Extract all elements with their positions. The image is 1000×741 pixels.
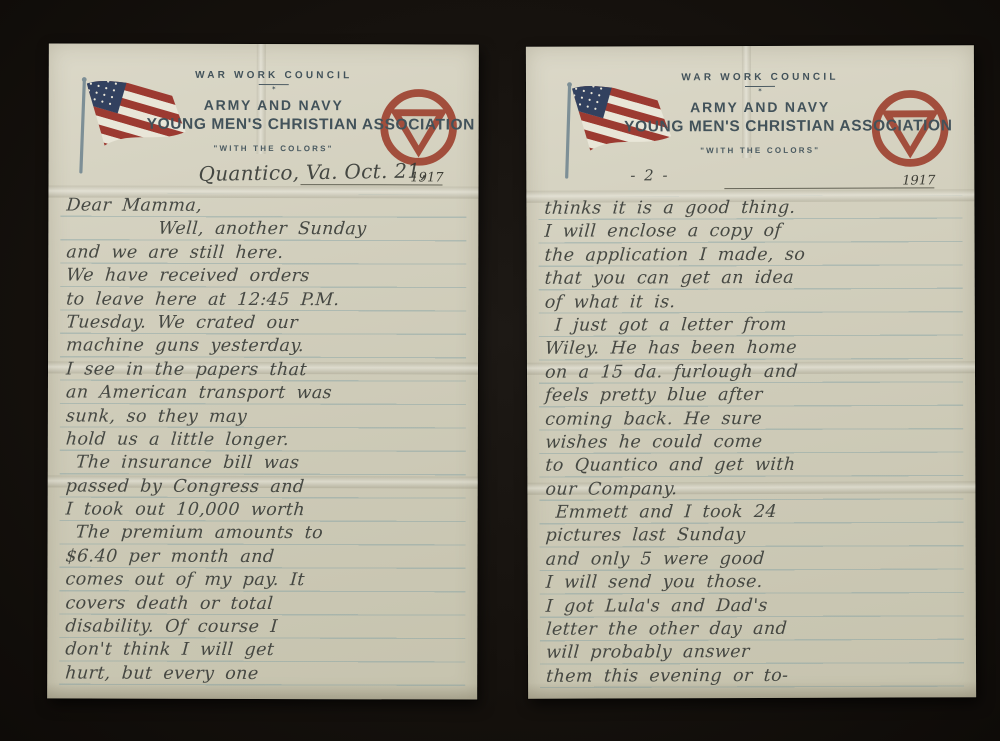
handwriting-line: the application I made, so <box>538 243 963 268</box>
handwriting-line: Well, another Sunday <box>60 218 467 242</box>
handwriting-line: The premium amounts to <box>59 522 466 546</box>
handwriting-line: to Quantico and get with <box>539 454 965 479</box>
handwriting-line: covers death or total <box>59 592 466 616</box>
handwriting-line: feels pretty blue after <box>538 383 963 408</box>
handwriting-line: don't think I will get <box>59 639 466 663</box>
handwriting-line: sunk, so they may <box>59 405 466 429</box>
letter-page-1: WAR WORK COUNCIL ✶ ARMY AND NAVY YOUNG M… <box>47 43 479 699</box>
handwriting-line: wishes he could come <box>538 430 964 455</box>
handwriting-line: $6.40 per month and <box>59 545 466 569</box>
handwriting-line: hold us a little longer. <box>59 428 466 452</box>
handwriting-line: our Company. <box>539 477 964 502</box>
handwriting-line: Emmett and I took 24 <box>539 500 964 525</box>
handwriting-line: I will enclose a copy of <box>538 220 963 245</box>
printed-year: 1917 <box>410 170 443 185</box>
letterhead-war-work-council: WAR WORK COUNCIL <box>147 70 401 82</box>
letterhead: WAR WORK COUNCIL ✶ ARMY AND NAVY YOUNG M… <box>147 70 401 154</box>
letterhead-war-work-council: WAR WORK COUNCIL <box>624 71 896 83</box>
handwriting-line: pictures last Sunday <box>539 524 964 549</box>
handwriting-line: passed by Congress and <box>59 475 466 499</box>
handwriting-line: on a 15 da. furlough and <box>538 360 963 385</box>
handwriting-line: hurt, but every one <box>59 662 466 686</box>
handwriting-line: I will send you those. <box>539 571 964 596</box>
handwriting-line: an American transport was <box>59 382 466 406</box>
handwriting-line: and we are still here. <box>59 241 466 265</box>
handwriting-line: to leave here at 12:45 P.M. <box>59 288 466 312</box>
handwriting-line: comes out of my pay. It <box>59 569 466 593</box>
letterhead-star: ✶ <box>147 85 401 94</box>
letterhead-ymca: YOUNG MEN'S CHRISTIAN ASSOCIATION <box>624 117 896 136</box>
handwriting-line: We have received orders <box>59 265 466 289</box>
handwriting-line: of what it is. <box>538 290 963 315</box>
handwriting-line: machine guns yesterday. <box>59 335 466 359</box>
handwriting-line: will probably answer <box>539 641 964 666</box>
letterhead-motto: "WITH THE COLORS" <box>624 145 896 155</box>
letterhead: WAR WORK COUNCIL ✶ ARMY AND NAVY YOUNG M… <box>624 71 896 155</box>
handwriting-line: I got Lula's and Dad's <box>539 594 964 619</box>
printed-year: 1917 <box>902 173 935 188</box>
handwriting-line: I see in the papers that <box>59 358 466 382</box>
handwriting-line: Tuesday. We crated our <box>59 311 466 335</box>
handwriting-line: I just got a letter from <box>538 313 963 338</box>
handwriting-line: Wiley. He has been home <box>538 337 963 362</box>
letterhead-star: ✶ <box>624 86 896 95</box>
letter-page-2: WAR WORK COUNCIL ✶ ARMY AND NAVY YOUNG M… <box>526 45 976 699</box>
handwriting-line: disability. Of course I <box>59 616 466 640</box>
handwriting-line: them this evening or to- <box>539 664 964 689</box>
handwriting-line: letter the other day and <box>539 617 964 642</box>
letterhead-ymca: YOUNG MEN'S CHRISTIAN ASSOCIATION <box>147 116 401 135</box>
letterhead-motto: "WITH THE COLORS" <box>147 144 401 154</box>
handwritten-dateline: Quantico, Va. Oct. 21, <box>198 158 427 185</box>
handwriting-line: I took out 10,000 worth <box>59 499 466 523</box>
letterhead-army-navy: ARMY AND NAVY <box>147 97 401 114</box>
handwriting-line: coming back. He sure <box>538 407 964 432</box>
letter-body-page2: thinks it is a good thing. I will enclos… <box>538 195 964 690</box>
letterhead-army-navy: ARMY AND NAVY <box>624 98 896 115</box>
handwriting-line: and only 5 were good <box>539 547 964 572</box>
handwriting-line: The insurance bill was <box>59 452 466 476</box>
handwriting-line: Dear Mamma, <box>60 194 467 218</box>
handwritten-page-number: - 2 - <box>630 166 669 184</box>
handwriting-line: thinks it is a good thing. <box>538 196 963 221</box>
letter-body-page1: Dear Mamma, Well, another Sunday and we … <box>59 193 466 691</box>
handwriting-line: that you can get an idea <box>538 266 963 291</box>
